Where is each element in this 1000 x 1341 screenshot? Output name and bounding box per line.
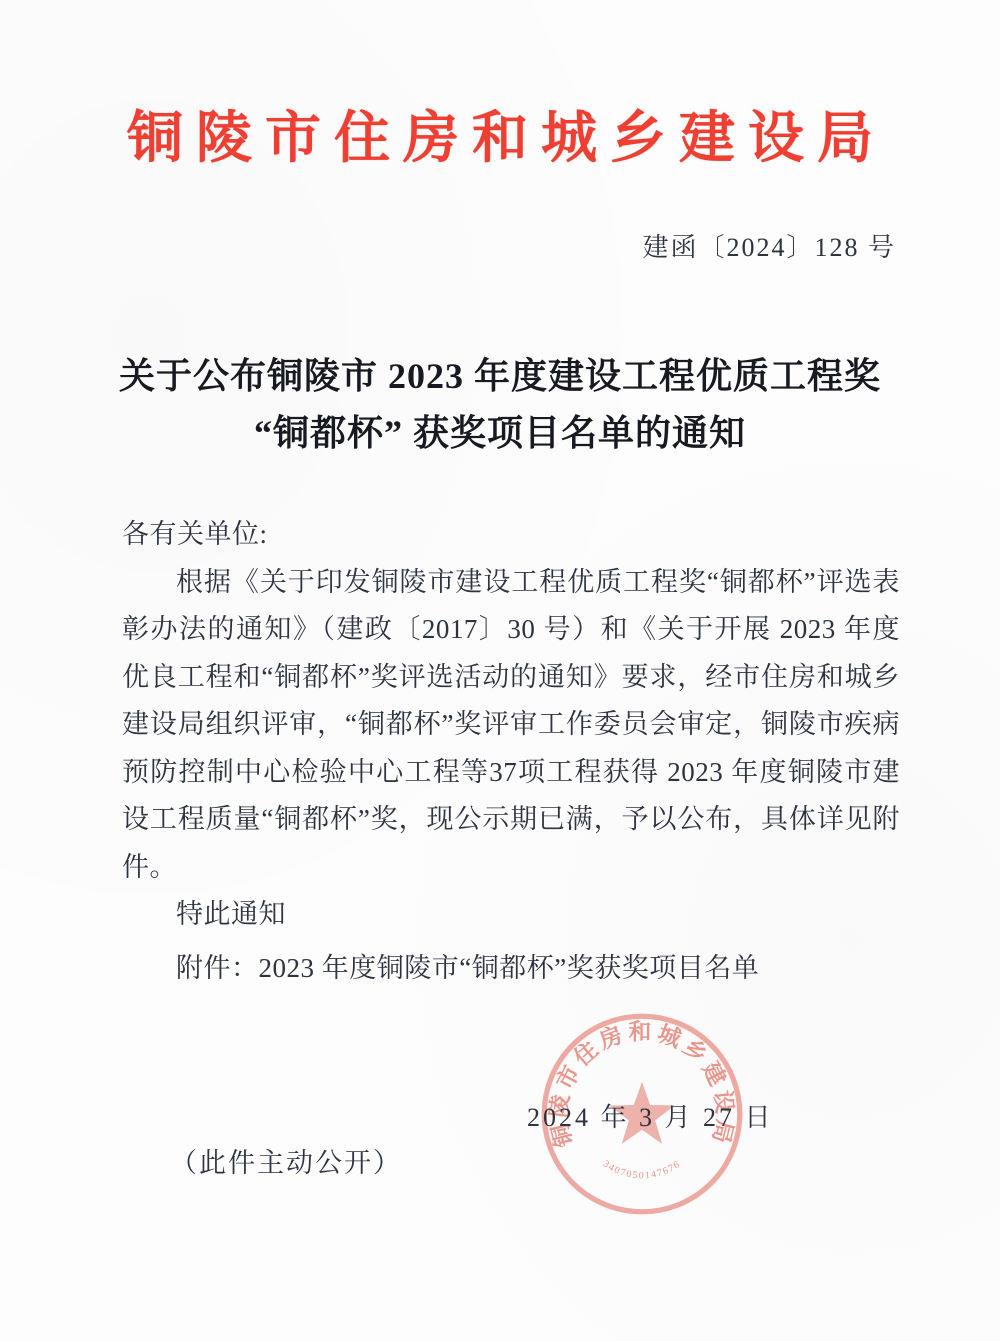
body-paragraph: 根据《关于印发铜陵市建设工程优质工程奖“铜都杯”评选表彰办法的通知》（建政〔20… <box>122 559 900 892</box>
agency-header: 铜陵市住房和城乡建设局 <box>0 94 1000 174</box>
document-title-line1: 关于公布铜陵市 2023 年度建设工程优质工程奖 <box>0 348 1000 405</box>
document-page: 铜陵市住房和城乡建设局 建函〔2024〕128 号 关于公布铜陵市 2023 年… <box>0 0 1000 1341</box>
public-disclosure-note: （此件主动公开） <box>170 1141 402 1180</box>
document-title: 关于公布铜陵市 2023 年度建设工程优质工程奖 “铜都杯” 获奖项目名单的通知 <box>0 348 1000 462</box>
issue-date: 2024 年 3 月 27 日 <box>527 1097 774 1134</box>
document-body: 各有关单位: 根据《关于印发铜陵市建设工程优质工程奖“铜都杯”评选表彰办法的通知… <box>122 511 900 939</box>
svg-text:3407050147676: 3407050147676 <box>601 1158 683 1181</box>
closing-line: 特此通知 <box>122 891 900 939</box>
document-title-line2: “铜都杯” 获奖项目名单的通知 <box>0 405 1000 462</box>
attachment-line: 附件：2023 年度铜陵市“铜都杯”奖获奖项目名单 <box>122 946 900 985</box>
document-number: 建函〔2024〕128 号 <box>642 227 896 264</box>
seal-serial-number: 3407050147676 <box>601 1158 683 1181</box>
salutation: 各有关单位: <box>122 511 900 559</box>
